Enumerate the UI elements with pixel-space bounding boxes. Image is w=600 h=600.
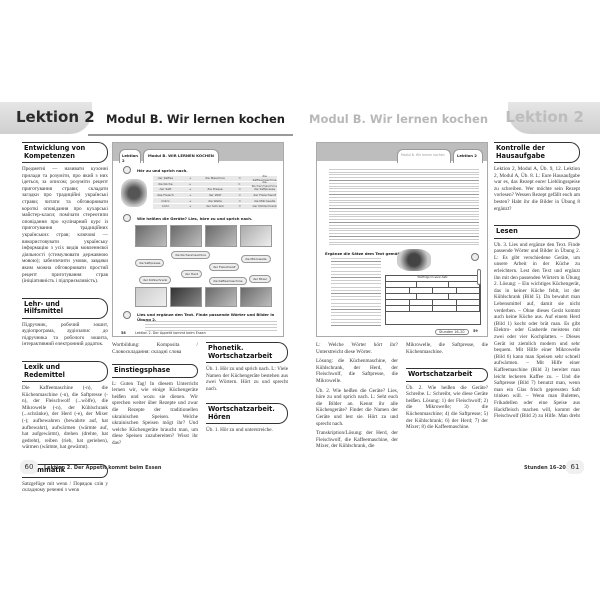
modul-title-left: Modul B. Wir lernen kochen: [106, 112, 285, 126]
thumb-page-number: 59: [473, 329, 478, 333]
word-bubble: die Saftpresse: [135, 259, 164, 267]
footer-text-left: Lektion 2. Der Appetit kommt beim Essen: [44, 465, 161, 471]
transkription-text: Transkription/Lösung: der Herd, der Flei…: [316, 430, 398, 450]
headphones-icon: [123, 214, 131, 222]
footer-text-right: Stunden 16–20: [524, 465, 566, 471]
section-title-einstieg: Einstiegsphase: [112, 364, 198, 378]
photo-kuehlschrank: [135, 287, 167, 307]
thumb-modul-title: Modul B. Wir lernen kochen: [397, 149, 451, 163]
right-page-header: Lektion 2 Modul B. Wir lernen kochen: [300, 100, 600, 136]
book-spread: Lektion 2 Modul B. Wir lernen kochen Lek…: [0, 100, 600, 510]
compound-word-table: der Kaffee+die Maschine=die Kaffeemaschi…: [153, 176, 277, 210]
photo-herd: [135, 225, 167, 247]
table-row: kühl+der Schrank=der Kühlschrank: [153, 204, 277, 210]
photo-kuechenmaschine: [240, 225, 272, 247]
section-text-kompetenzen: Предметні — називати кухонні прилади та …: [22, 166, 108, 285]
lektion-label-right: Lektion 2: [505, 108, 584, 126]
word-bubble: der Fleischwolf: [209, 263, 239, 271]
middle-column-2: Phonetik. Wortschatzarbeit Üb. 1. Hör zu…: [206, 342, 288, 437]
book-icon: [123, 311, 131, 319]
continued-text: Mikrowelle, die Saftpresse, die Küchenma…: [406, 342, 488, 355]
section-text-hilfsmittel: Підручник, робочий зошит, аудіопрограма,…: [22, 322, 108, 348]
thumb-lektion-tab: Lektion 2: [119, 149, 141, 163]
thumb-pager-text: Stunden 16–20: [435, 329, 469, 335]
section-title-phonetik: Phonetik. Wortschatzarbeit: [206, 342, 288, 363]
textbook-page-59: Modul B. Wir lernen kochen Lektion 2 Erg…: [316, 142, 488, 337]
exercise-2-instruction: Wie heißen die Geräte? Lies, höre zu und…: [137, 216, 252, 221]
wortbildung-text: Wortbildung: Komposita / Словоскладання:…: [112, 342, 198, 355]
left-page-header: Lektion 2 Modul B. Wir lernen kochen: [0, 100, 300, 136]
textbook-page-58: Lektion 2 Modul B. WIR LERNEN KOCHEN Hör…: [112, 142, 284, 337]
right-sidebar: Kontrolle der Hausaufgabe Lektion 2, Mod…: [494, 142, 580, 421]
word-bubble: die Mikrowelle: [241, 255, 271, 263]
page-number-right: 61: [566, 460, 584, 474]
exercise-4-instruction: Ergänze die Sätze dem Text gemäß.: [325, 251, 402, 256]
section-text-kontrolle: Lektion 2, Modul A, Üb. 9, 12. Lektion 2…: [494, 166, 580, 212]
photo-fleischwolf: [170, 225, 202, 247]
thumb-footer-text: Lektion 2. Der Appetit kommt beim Essen: [135, 331, 206, 335]
section-text-lesen: Üb. 3. Lies und ergänze den Text. Finde …: [494, 242, 580, 418]
pencil-icon: [477, 269, 481, 285]
exercise-2-text: Üb. 2. Wie heißen die Geräte? Lies, höre…: [316, 388, 398, 428]
thumb-page-number: 58: [121, 331, 126, 335]
modul-title-right: Modul B. Wir lernen kochen: [309, 112, 488, 126]
photo-saftpresse: [205, 287, 237, 307]
exercise-1-instruction: Hör zu und sprich nach.: [137, 168, 188, 173]
section-title-lexik: Lexik und Redemittel: [22, 361, 108, 382]
section-text-wortschatz: Üb. 2. Wie heißen die Geräte? Schreibe. …: [406, 385, 488, 431]
question-text: L: Welche Wörter hört ihr? Unterstreicht…: [316, 342, 398, 355]
page-number-left: 60: [20, 460, 38, 474]
photo-kaffeemaschine: [205, 225, 237, 247]
exercise-4-sentences: [331, 258, 381, 326]
word-bubble: der Mixer: [249, 275, 271, 283]
lektion-label-left: Lektion 2: [16, 108, 95, 126]
section-text-hoeren: Üb. 1. Hör zu und unterstreiche.: [206, 427, 288, 434]
photo-mixer: [240, 287, 272, 307]
word-order-table: Wortfolge im wenn-Satz: [385, 275, 481, 325]
middle-column-3: L: Welche Wörter hört ihr? Unterstreicht…: [316, 342, 398, 453]
thumb-lektion-tab: Lektion 2: [453, 149, 483, 163]
fill-in-text-block: [329, 169, 479, 247]
section-title-hoeren: Wortschatzarbeit. Hören: [206, 403, 288, 424]
middle-column-1: Wortbildung: Komposita / Словоскладання:…: [112, 342, 198, 450]
middle-column-4: Mikrowelle, die Saftpresse, die Küchenma…: [406, 342, 488, 434]
section-text-einstieg: L: Guten Tag! In diesem Unterricht lerne…: [112, 381, 198, 447]
section-title-lesen: Lesen: [494, 225, 580, 239]
section-text-lexik: Die Kaffeemaschine (-n), die Küchenmasch…: [22, 385, 108, 451]
word-bubble: der Herd: [181, 270, 202, 278]
section-title-kontrolle: Kontrolle der Hausaufgabe: [494, 142, 580, 163]
section-title-hilfsmittel: Lehr- und Hilfsmittel: [22, 298, 108, 319]
word-bubble: die Küchenmaschine: [171, 251, 210, 259]
section-text-grammatik: Satzgefüge mit wenn / Порядок слів у скл…: [22, 481, 108, 494]
headphones-icon: [123, 166, 131, 174]
notebook-icon: [471, 253, 479, 261]
photo-mikrowelle: [170, 287, 202, 307]
section-text-phonetik: Üb. 1. Hör zu und sprich nach. L: Viele …: [206, 366, 288, 392]
word-bubble: der Kühlschrank: [139, 276, 171, 284]
chef-mascot-image: [121, 179, 147, 207]
section-title-kompetenzen: Entwicklung von Kompetenzen: [22, 142, 108, 163]
section-title-wortschatz: Wortschatzarbeit: [406, 368, 488, 382]
thumb-modul-title: Modul B. WIR LERNEN KOCHEN: [143, 149, 219, 163]
chef-mascot-image: [397, 249, 431, 271]
word-bubble: die Kaffeemaschine: [209, 277, 247, 285]
left-sidebar: Entwicklung von Kompetenzen Предметні — …: [22, 142, 108, 497]
loesung-text: Lösung: die Küchenmaschine, der Kühlschr…: [316, 358, 398, 384]
header-rule-left: [88, 134, 293, 136]
